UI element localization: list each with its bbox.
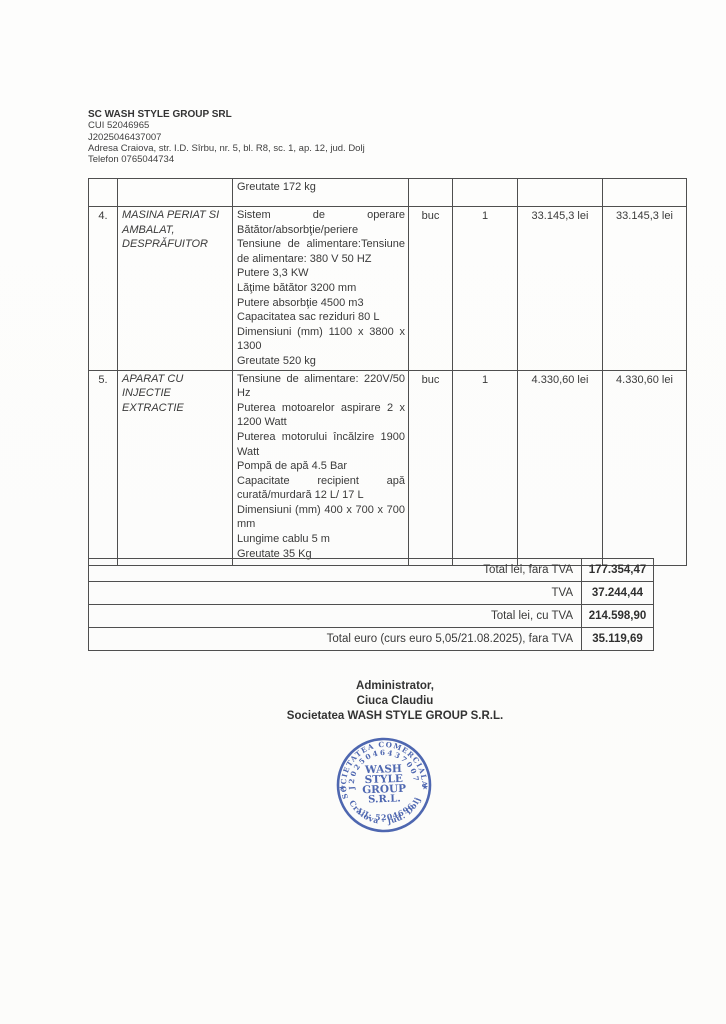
totals-row: Total lei, fara TVA 177.354,47 — [89, 559, 654, 582]
company-cui: CUI 52046965 — [88, 120, 365, 131]
company-phone: Telefon 0765044734 — [88, 154, 365, 165]
description-paragraph: Lungime cablu 5 m — [237, 532, 405, 547]
cell-quantity: 1 — [453, 207, 518, 371]
total-value: 214.598,90 — [582, 605, 654, 628]
total-value: 35.119,69 — [582, 628, 654, 651]
description-paragraph: Dimensiuni (mm) 400 x 700 x 700 mm — [237, 503, 405, 532]
total-label: TVA — [89, 582, 582, 605]
total-value: 37.244,44 — [582, 582, 654, 605]
company-stamp: SOCIETATEA COMERCIALA J2025046437007 ★ ★… — [329, 730, 439, 840]
item-name-line: DESPRĂFUITOR — [122, 237, 229, 252]
description-paragraph: Pompă de apă 4.5 Bar — [237, 459, 405, 474]
item-name-line: AMBALAT, — [122, 223, 229, 238]
cell-number: 5. — [89, 370, 118, 565]
cell-unit-price — [518, 179, 603, 207]
signature-block: Administrator, Ciuca Claudiu Societatea … — [200, 679, 590, 724]
cell-number: 4. — [89, 207, 118, 371]
cell-number — [89, 179, 118, 207]
totals-row: TVA 37.244,44 — [89, 582, 654, 605]
company-address: Adresa Craiova, str. I.D. Sîrbu, nr. 5, … — [88, 143, 365, 154]
description-paragraph: Tensiune de alimentare: 220V/50 Hz — [237, 372, 405, 401]
cell-unit: buc — [409, 370, 453, 565]
cell-unit-price: 4.330,60 lei — [518, 370, 603, 565]
cell-total: 4.330,60 lei — [603, 370, 687, 565]
description-paragraph: Dimensiuni (mm) 1100 x 3800 x 1300 — [237, 325, 405, 354]
svg-text:S.R.L.: S.R.L. — [368, 793, 401, 805]
cell-unit-price: 33.145,3 lei — [518, 207, 603, 371]
total-label: Total lei, fara TVA — [89, 559, 582, 582]
description-paragraph: Tensiune de alimentare:Tensiune de alime… — [237, 237, 405, 266]
company-header: SC WASH STYLE GROUP SRL CUI 52046965 J20… — [88, 109, 365, 165]
stamp-center-text: WASH STYLE GROUP S.R.L. — [361, 763, 406, 806]
signature-name: Ciuca Claudiu — [200, 694, 590, 709]
cell-description: Tensiune de alimentare: 220V/50 Hz Puter… — [233, 370, 409, 565]
item-name-line: MASINA PERIAT SI — [122, 208, 229, 223]
total-label: Total lei, cu TVA — [89, 605, 582, 628]
cell-name — [118, 179, 233, 207]
description-paragraph: Putere absorbţie 4500 m3 — [237, 296, 405, 311]
table-row-item-5: 5. APARAT CU INJECTIE EXTRACTIE Tensiune… — [89, 370, 687, 565]
description-paragraph: Capacitate recipient apă curată/murdară … — [237, 474, 405, 503]
signature-role: Administrator, — [200, 679, 590, 694]
totals-table: Total lei, fara TVA 177.354,47 TVA 37.24… — [88, 558, 654, 651]
description-paragraph: Greutate 520 kg — [237, 354, 405, 369]
totals-row: Total euro (curs euro 5,05/21.08.2025), … — [89, 628, 654, 651]
description-paragraph: Lăţime bătător 3200 mm — [237, 281, 405, 296]
description-paragraph: Capacitatea sac reziduri 80 L — [237, 310, 405, 325]
cell-unit: buc — [409, 207, 453, 371]
company-name: SC WASH STYLE GROUP SRL — [88, 109, 365, 120]
total-value: 177.354,47 — [582, 559, 654, 582]
description-paragraph: Puterea motoarelor aspirare 2 x 1200 Wat… — [237, 401, 405, 430]
description-paragraph: Sistem de operare Bătător/absorbţie/peri… — [237, 208, 405, 237]
totals-row: Total lei, cu TVA 214.598,90 — [89, 605, 654, 628]
description-line: Greutate 172 kg — [237, 180, 405, 195]
items-table: Greutate 172 kg 4. MASINA PERIAT SI AMBA… — [88, 178, 687, 566]
description-paragraph: Putere 3,3 KW — [237, 266, 405, 281]
description-paragraph: Puterea motorului încălzire 1900 Watt — [237, 430, 405, 459]
item-name-line: EXTRACTIE — [122, 401, 229, 416]
cell-description: Sistem de operare Bătător/absorbţie/peri… — [233, 207, 409, 371]
cell-name: APARAT CU INJECTIE EXTRACTIE — [118, 370, 233, 565]
cell-description: Greutate 172 kg — [233, 179, 409, 207]
cell-quantity: 1 — [453, 370, 518, 565]
cell-total: 33.145,3 lei — [603, 207, 687, 371]
item-name-line: APARAT CU — [122, 372, 229, 387]
signature-company: Societatea WASH STYLE GROUP S.R.L. — [200, 709, 590, 724]
stamp-star-right: ★ — [422, 783, 429, 792]
stamp-star-left: ★ — [339, 784, 346, 793]
document-page: SC WASH STYLE GROUP SRL CUI 52046965 J20… — [0, 0, 726, 1024]
table-row-item-4: 4. MASINA PERIAT SI AMBALAT, DESPRĂFUITO… — [89, 207, 687, 371]
company-reg-number: J2025046437007 — [88, 132, 365, 143]
table-row-continuation: Greutate 172 kg — [89, 179, 687, 207]
cell-name: MASINA PERIAT SI AMBALAT, DESPRĂFUITOR — [118, 207, 233, 371]
cell-unit — [409, 179, 453, 207]
cell-quantity — [453, 179, 518, 207]
total-label: Total euro (curs euro 5,05/21.08.2025), … — [89, 628, 582, 651]
cell-total — [603, 179, 687, 207]
item-name-line: INJECTIE — [122, 386, 229, 401]
